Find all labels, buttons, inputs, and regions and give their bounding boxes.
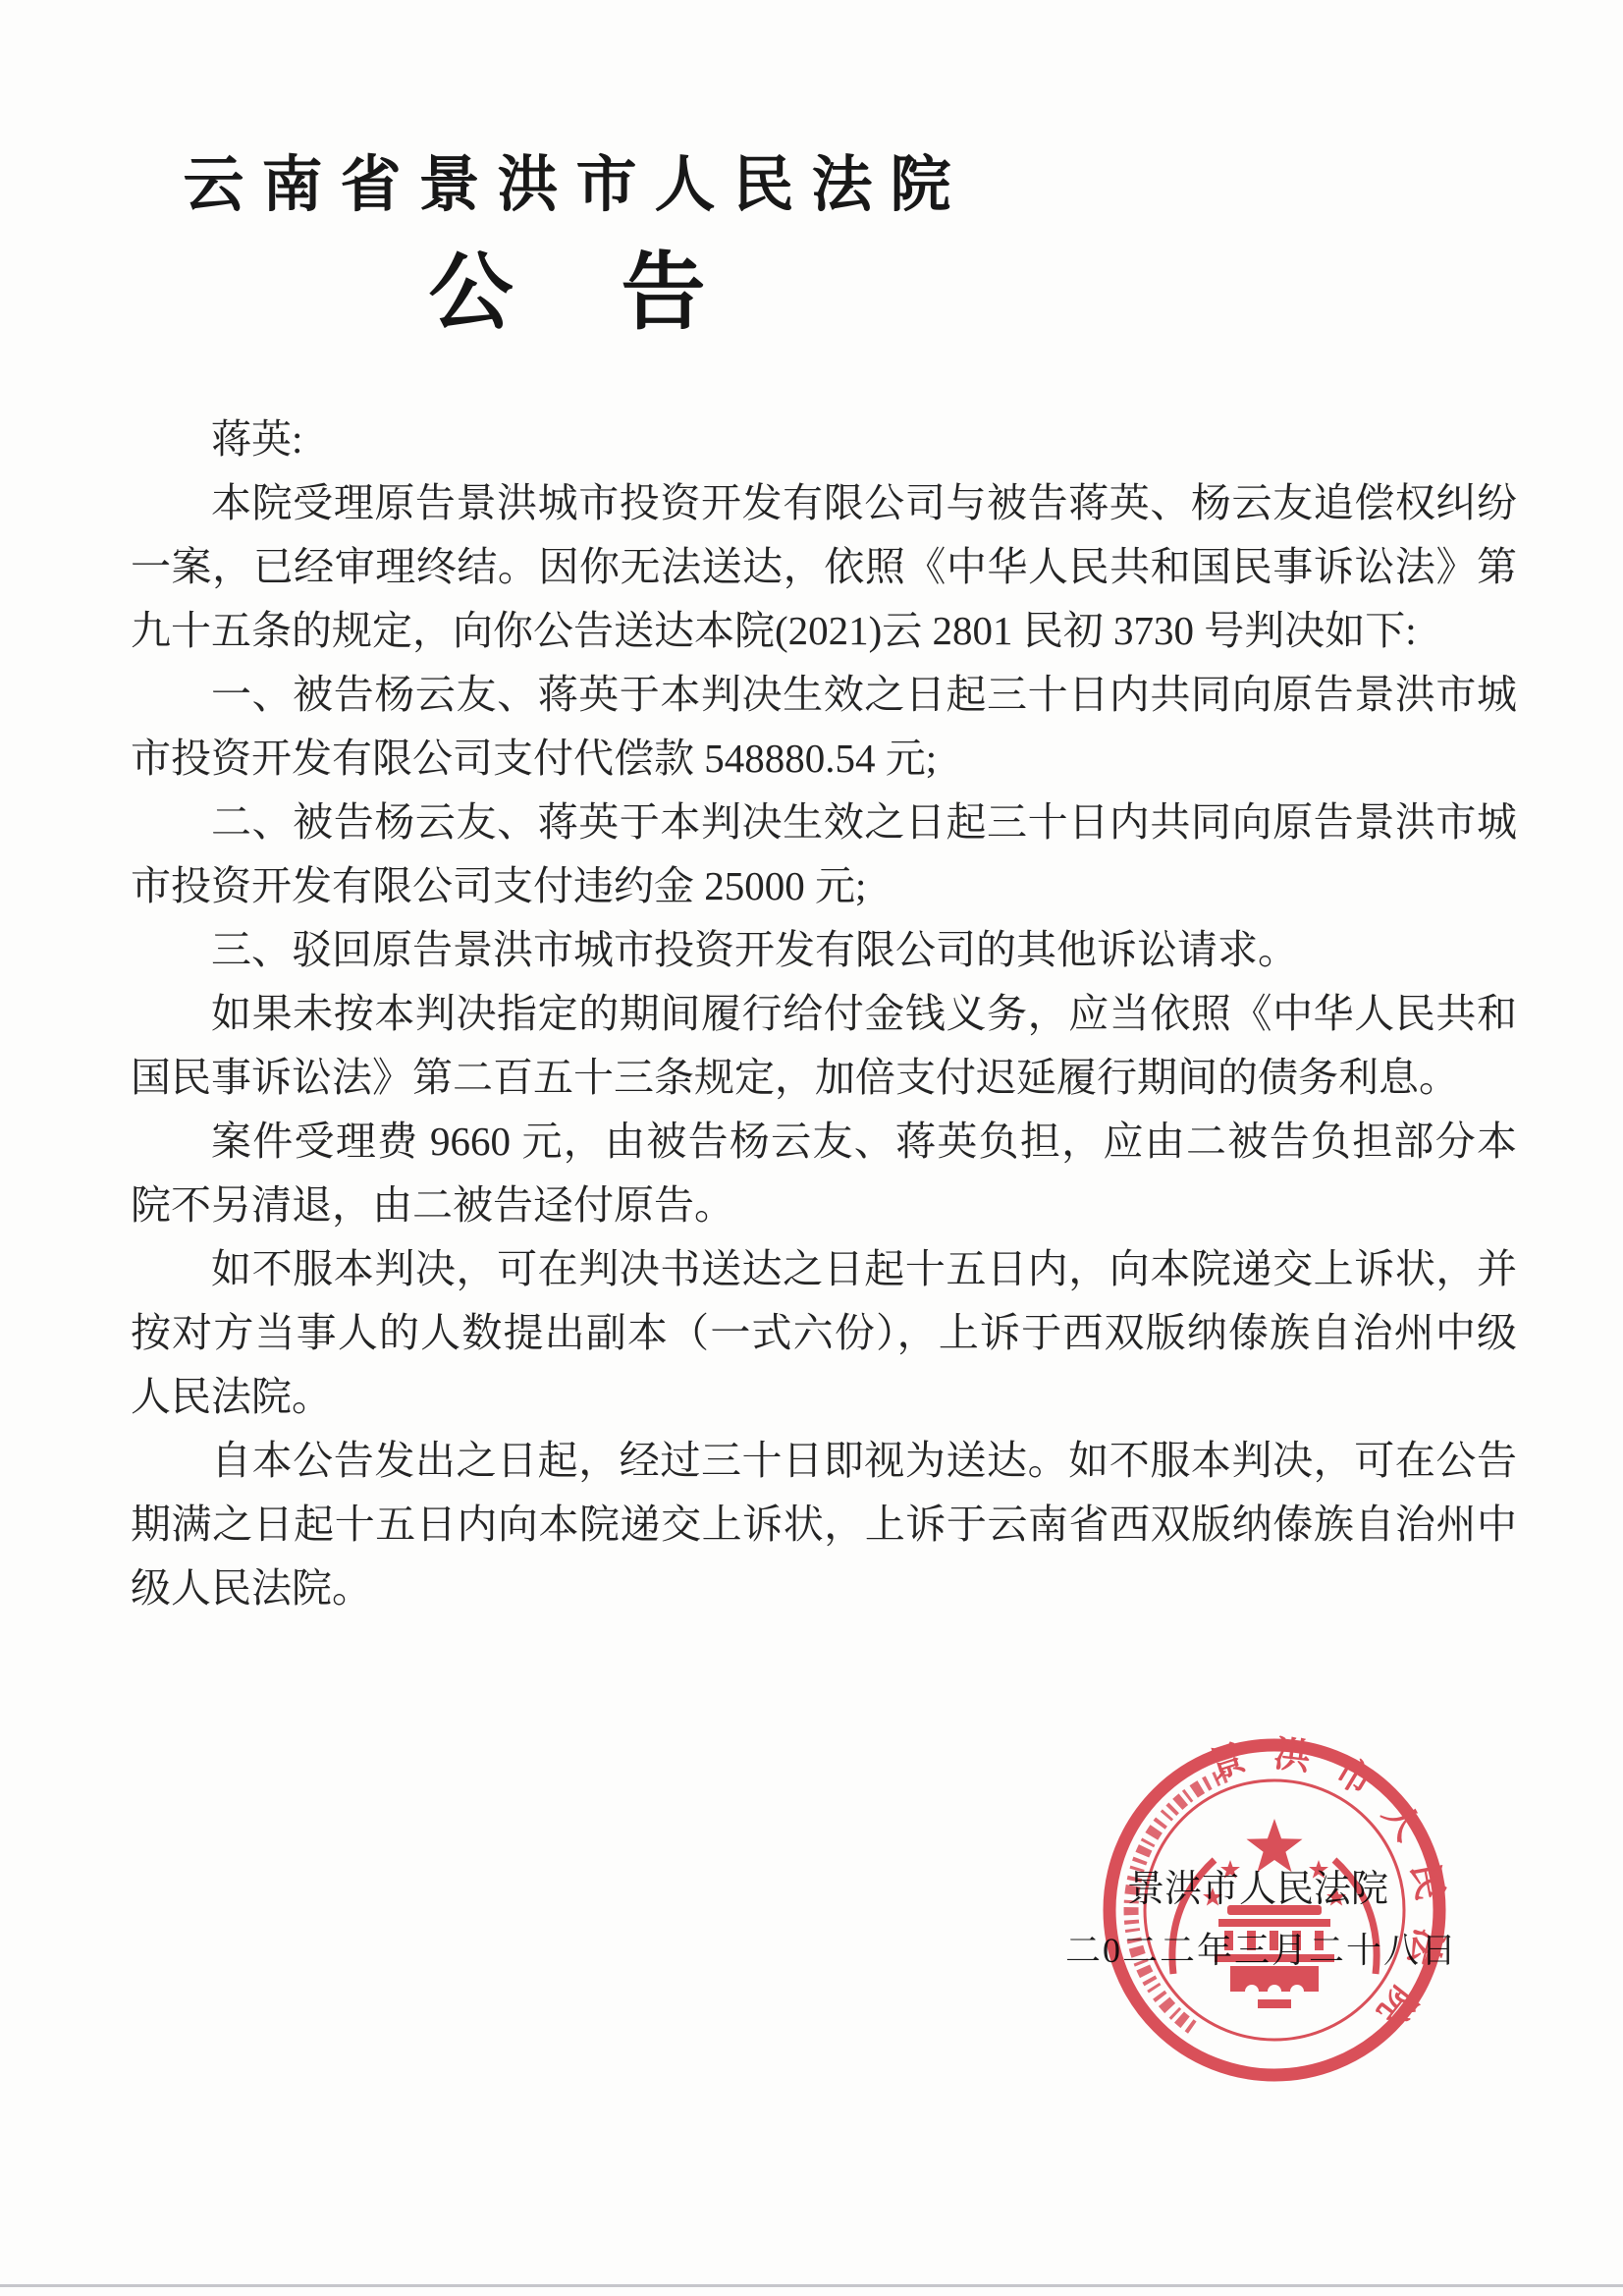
emblem-small-star	[1309, 1860, 1328, 1879]
emblem-small-star	[1326, 1887, 1346, 1906]
body-paragraph: 案件受理费 9660 元，由被告杨云友、蒋英负担，应由二被告负担部分本院不另清退…	[131, 1110, 1517, 1237]
emblem-column	[1224, 1931, 1233, 1950]
emblem-column	[1315, 1931, 1324, 1950]
emblem-gear	[1258, 1999, 1291, 2008]
scan-edge-line	[0, 2284, 1623, 2287]
emblem-big-star	[1247, 1819, 1303, 1872]
notice-heading: 公告	[0, 224, 1134, 346]
court-seal: 景洪市人民法院	[1075, 1711, 1474, 2109]
body-paragraph: 自本公告发出之日起，经过三十日即视为送达。如不服本判决，可在公告期满之日起十五日…	[131, 1429, 1517, 1620]
emblem-small-star	[1203, 1887, 1222, 1906]
notice-body: 蒋英: 本院受理原告景洪城市投资开发有限公司与被告蒋英、杨云友追偿权纠纷一案，已…	[131, 408, 1517, 1620]
salutation: 蒋英:	[131, 408, 1517, 471]
emblem-floor	[1215, 1954, 1334, 1962]
body-paragraph: 如果未按本判决指定的期间履行给付金钱义务，应当依照《中华人民共和国民事诉讼法》第…	[131, 982, 1517, 1110]
emblem-wheat-left	[1172, 1860, 1215, 1974]
emblem-column	[1247, 1931, 1256, 1950]
emblem-column	[1270, 1931, 1278, 1950]
emblem-arch	[1290, 1985, 1304, 1998]
emblem-eave	[1218, 1919, 1330, 1927]
body-paragraph: 二、被告杨云友、蒋英于本判决生效之日起三十日内共同向原告景洪市城市投资开发有限公…	[131, 791, 1517, 918]
emblem-arch	[1245, 1985, 1259, 1998]
emblem-wheat-right	[1334, 1860, 1377, 1974]
emblem-small-star	[1220, 1860, 1240, 1879]
body-paragraph: 如不服本判决，可在判决书送达之日起十五日内，向本院递交上诉状，并按对方当事人的人…	[131, 1237, 1517, 1429]
body-paragraph: 三、驳回原告景洪市城市投资开发有限公司的其他诉讼请求。	[131, 918, 1517, 982]
court-notice-page: 云南省景洪市人民法院 公告 蒋英: 本院受理原告景洪城市投资开发有限公司与被告蒋…	[0, 0, 1623, 2296]
body-paragraph: 本院受理原告景洪城市投资开发有限公司与被告蒋英、杨云友追偿权纠纷一案，已经审理终…	[131, 471, 1517, 663]
emblem-arch	[1268, 1985, 1281, 1998]
national-emblem-icon	[1172, 1819, 1377, 2008]
emblem-column	[1292, 1931, 1301, 1950]
emblem-roof	[1227, 1905, 1322, 1915]
body-paragraph: 一、被告杨云友、蒋英于本判决生效之日起三十日内共同向原告景洪市城市投资开发有限公…	[131, 663, 1517, 791]
court-title: 云南省景洪市人民法院	[0, 136, 1134, 223]
